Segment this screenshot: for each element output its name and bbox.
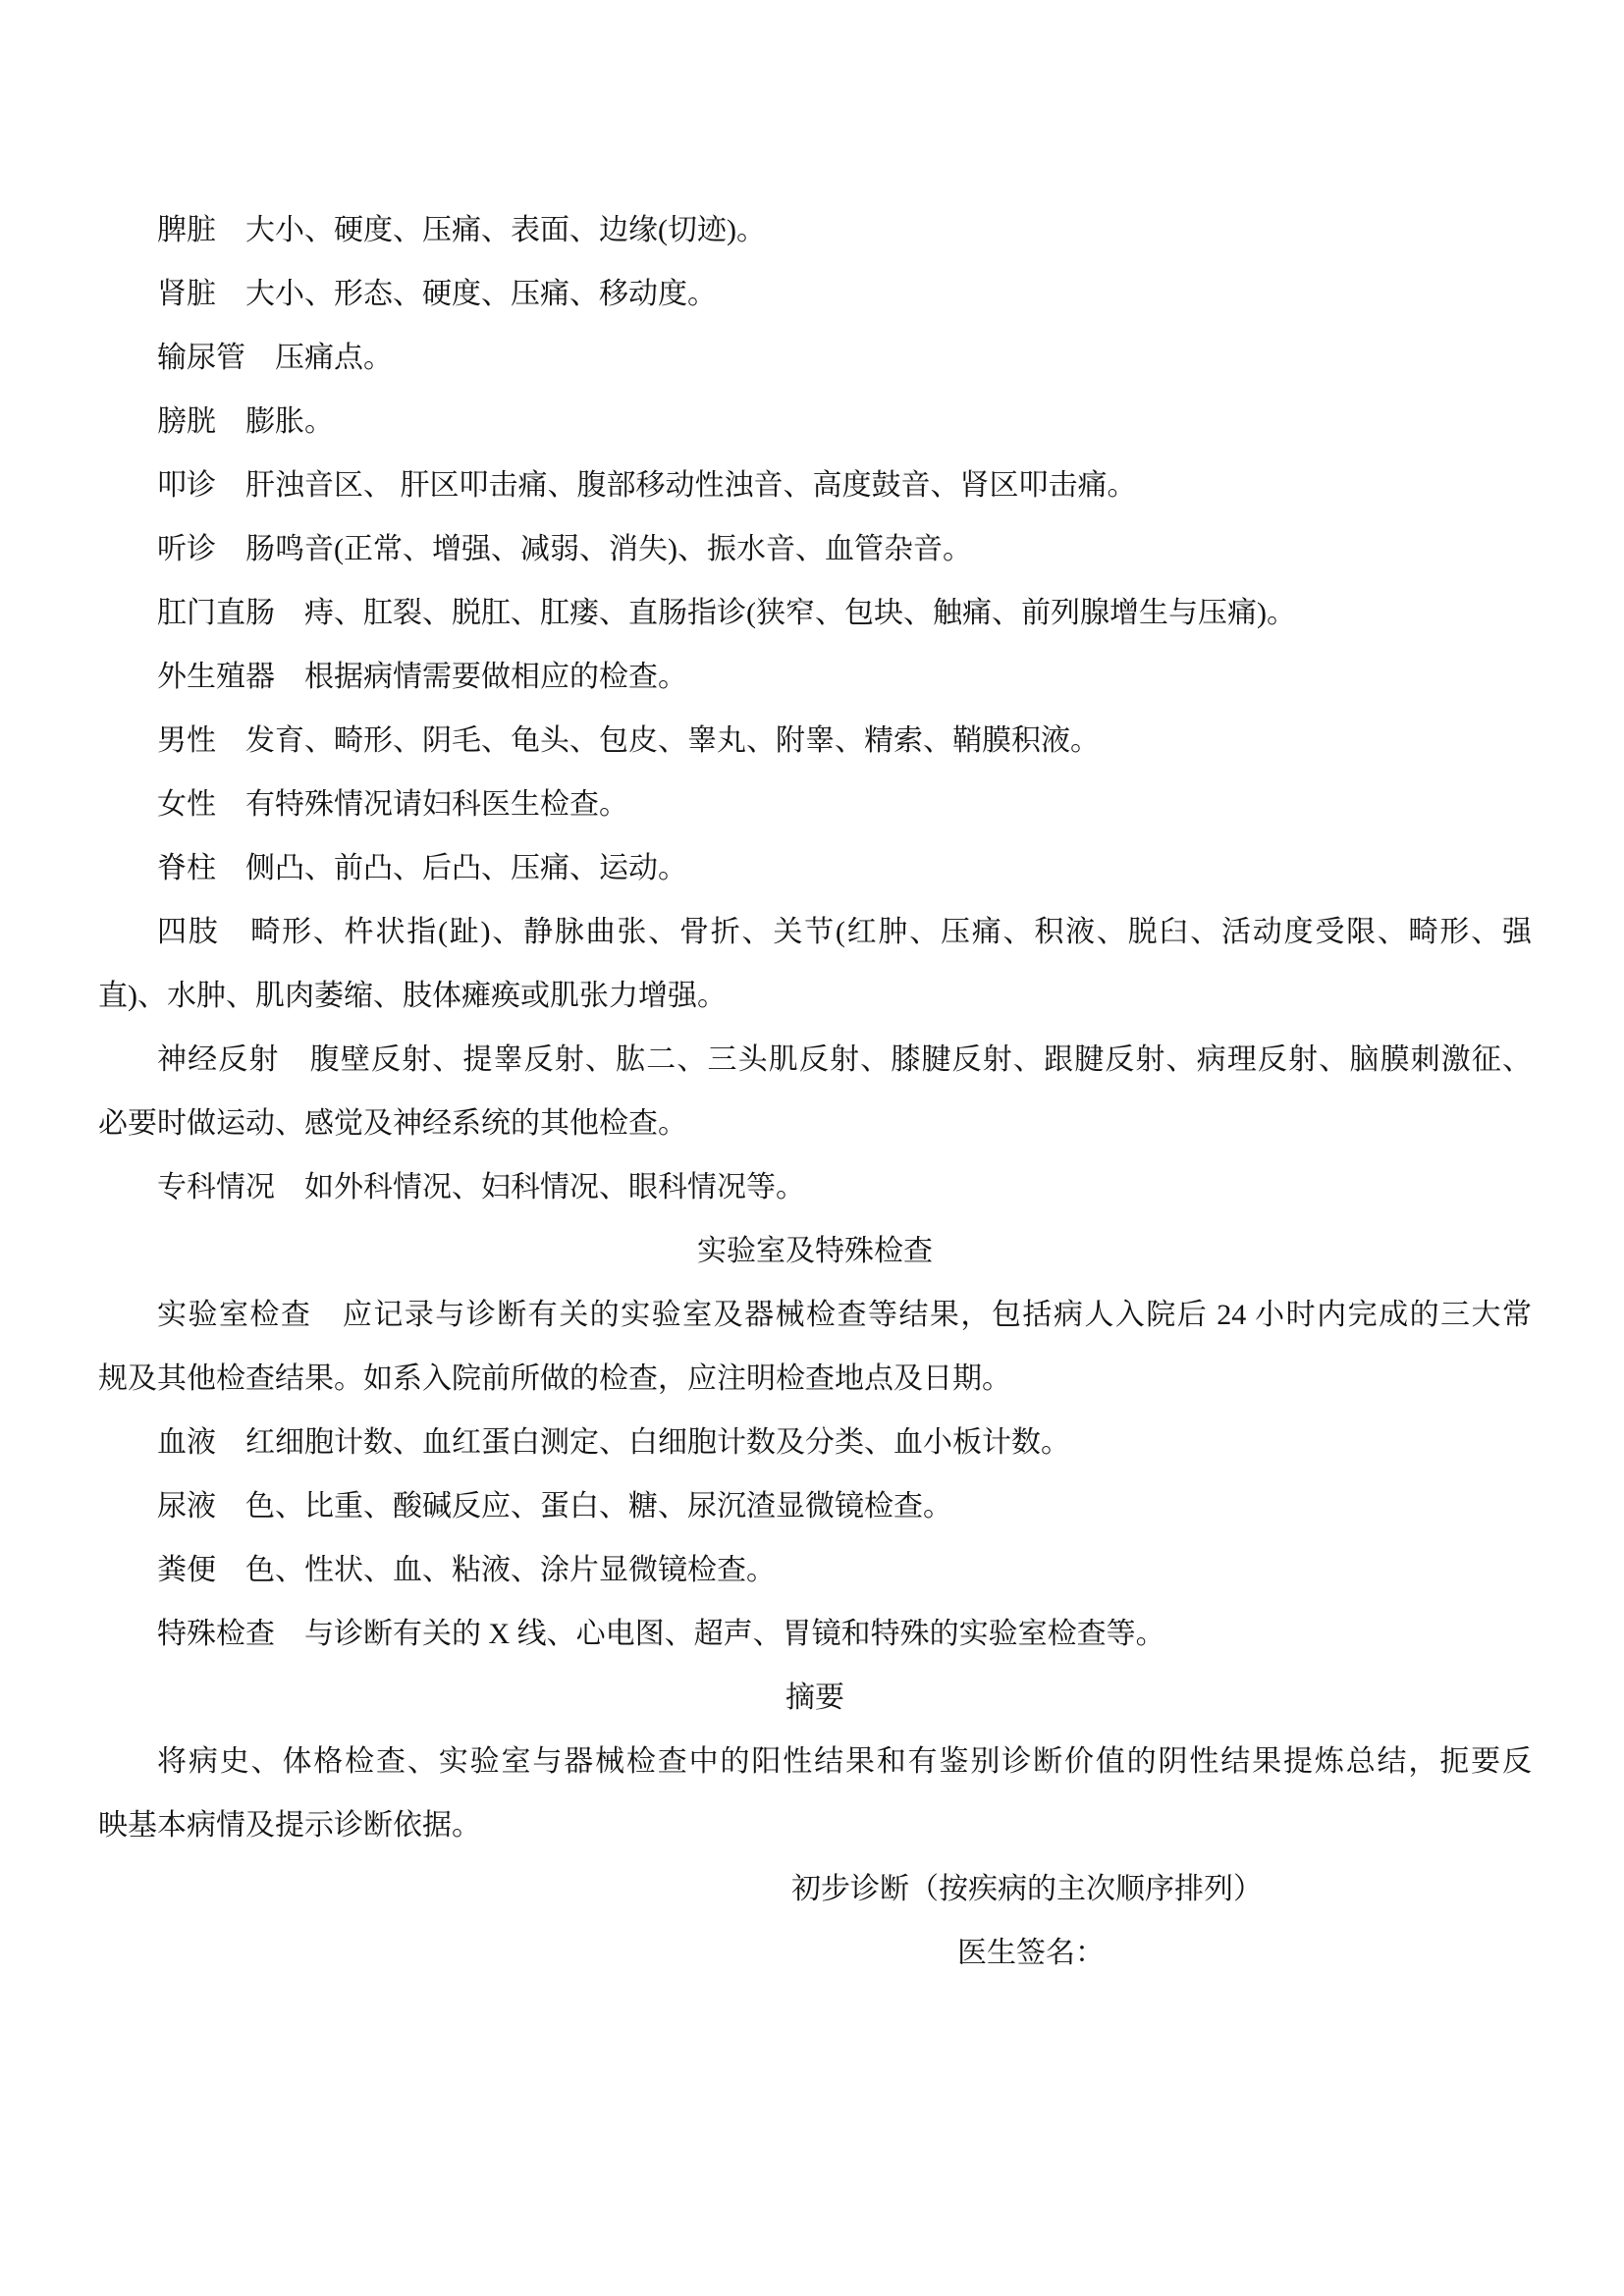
line-special-exam: 特殊检查 与诊断有关的 X 线、心电图、超声、胃镜和特殊的实验室检查等。 (98, 1602, 1532, 1666)
line-blood: 血液 红细胞计数、血红蛋白测定、白细胞计数及分类、血小板计数。 (98, 1411, 1532, 1474)
line-urine: 尿液 色、比重、酸碱反应、蛋白、糖、尿沉渣显微镜检查。 (98, 1474, 1532, 1538)
line-spleen: 脾脏 大小、硬度、压痛、表面、边缘(切迹)。 (98, 198, 1532, 262)
line-female: 女性 有特殊情况请妇科医生检查。 (98, 773, 1532, 836)
line-auscultation: 听诊 肠鸣音(正常、增强、减弱、消失)、振水音、血管杂音。 (98, 517, 1532, 581)
line-stool: 粪便 色、性状、血、粘液、涂片显微镜检查。 (98, 1538, 1532, 1602)
document-page: 脾脏 大小、硬度、压痛、表面、边缘(切迹)。 肾脏 大小、形态、硬度、压痛、移动… (0, 0, 1624, 2296)
line-lab-exam-2: 规及其他检查结果。如系入院前所做的检查，应注明检查地点及日期。 (98, 1347, 1532, 1411)
line-limbs-2: 直)、水肿、肌肉萎缩、肢体瘫痪或肌张力增强。 (98, 964, 1532, 1028)
line-male: 男性 发育、畸形、阴毛、龟头、包皮、睾丸、附睾、精索、鞘膜积液。 (98, 709, 1532, 773)
line-percussion: 叩诊 肝浊音区、 肝区叩击痛、腹部移动性浊音、高度鼓音、肾区叩击痛。 (98, 454, 1532, 517)
line-preliminary-diagnosis: 初步诊断（按疾病的主次顺序排列） (791, 1857, 1532, 1921)
line-kidney: 肾脏 大小、形态、硬度、压痛、移动度。 (98, 262, 1532, 326)
line-summary-1: 将病史、体格检查、实验室与器械检查中的阳性结果和有鉴别诊断价值的阴性结果提炼总结… (98, 1730, 1532, 1793)
line-bladder: 膀胱 膨胀。 (98, 390, 1532, 454)
line-specialty: 专科情况 如外科情况、妇科情况、眼科情况等。 (98, 1155, 1532, 1219)
heading-lab-special-exam: 实验室及特殊检查 (98, 1219, 1532, 1283)
line-summary-2: 映基本病情及提示诊断依据。 (98, 1793, 1532, 1857)
line-neuro-reflex-1: 神经反射 腹壁反射、提睾反射、肱二、三头肌反射、膝腱反射、跟腱反射、病理反射、脑… (98, 1028, 1532, 1092)
line-ureter: 输尿管 压痛点。 (98, 326, 1532, 390)
line-anus-rectum: 肛门直肠 痔、肛裂、脱肛、肛瘘、直肠指诊(狭窄、包块、触痛、前列腺增生与压痛)。 (98, 581, 1532, 645)
heading-summary: 摘要 (98, 1666, 1532, 1730)
line-doctor-signature: 医生签名： (957, 1921, 1532, 1985)
line-external-genitalia: 外生殖器 根据病情需要做相应的检查。 (98, 645, 1532, 709)
line-neuro-reflex-2: 必要时做运动、感觉及神经系统的其他检查。 (98, 1092, 1532, 1155)
line-lab-exam-1: 实验室检查 应记录与诊断有关的实验室及器械检查等结果，包括病人入院后 24 小时… (98, 1283, 1532, 1347)
line-limbs-1: 四肢 畸形、杵状指(趾)、静脉曲张、骨折、关节(红肿、压痛、积液、脱臼、活动度受… (98, 900, 1532, 964)
line-spine: 脊柱 侧凸、前凸、后凸、压痛、运动。 (98, 836, 1532, 900)
